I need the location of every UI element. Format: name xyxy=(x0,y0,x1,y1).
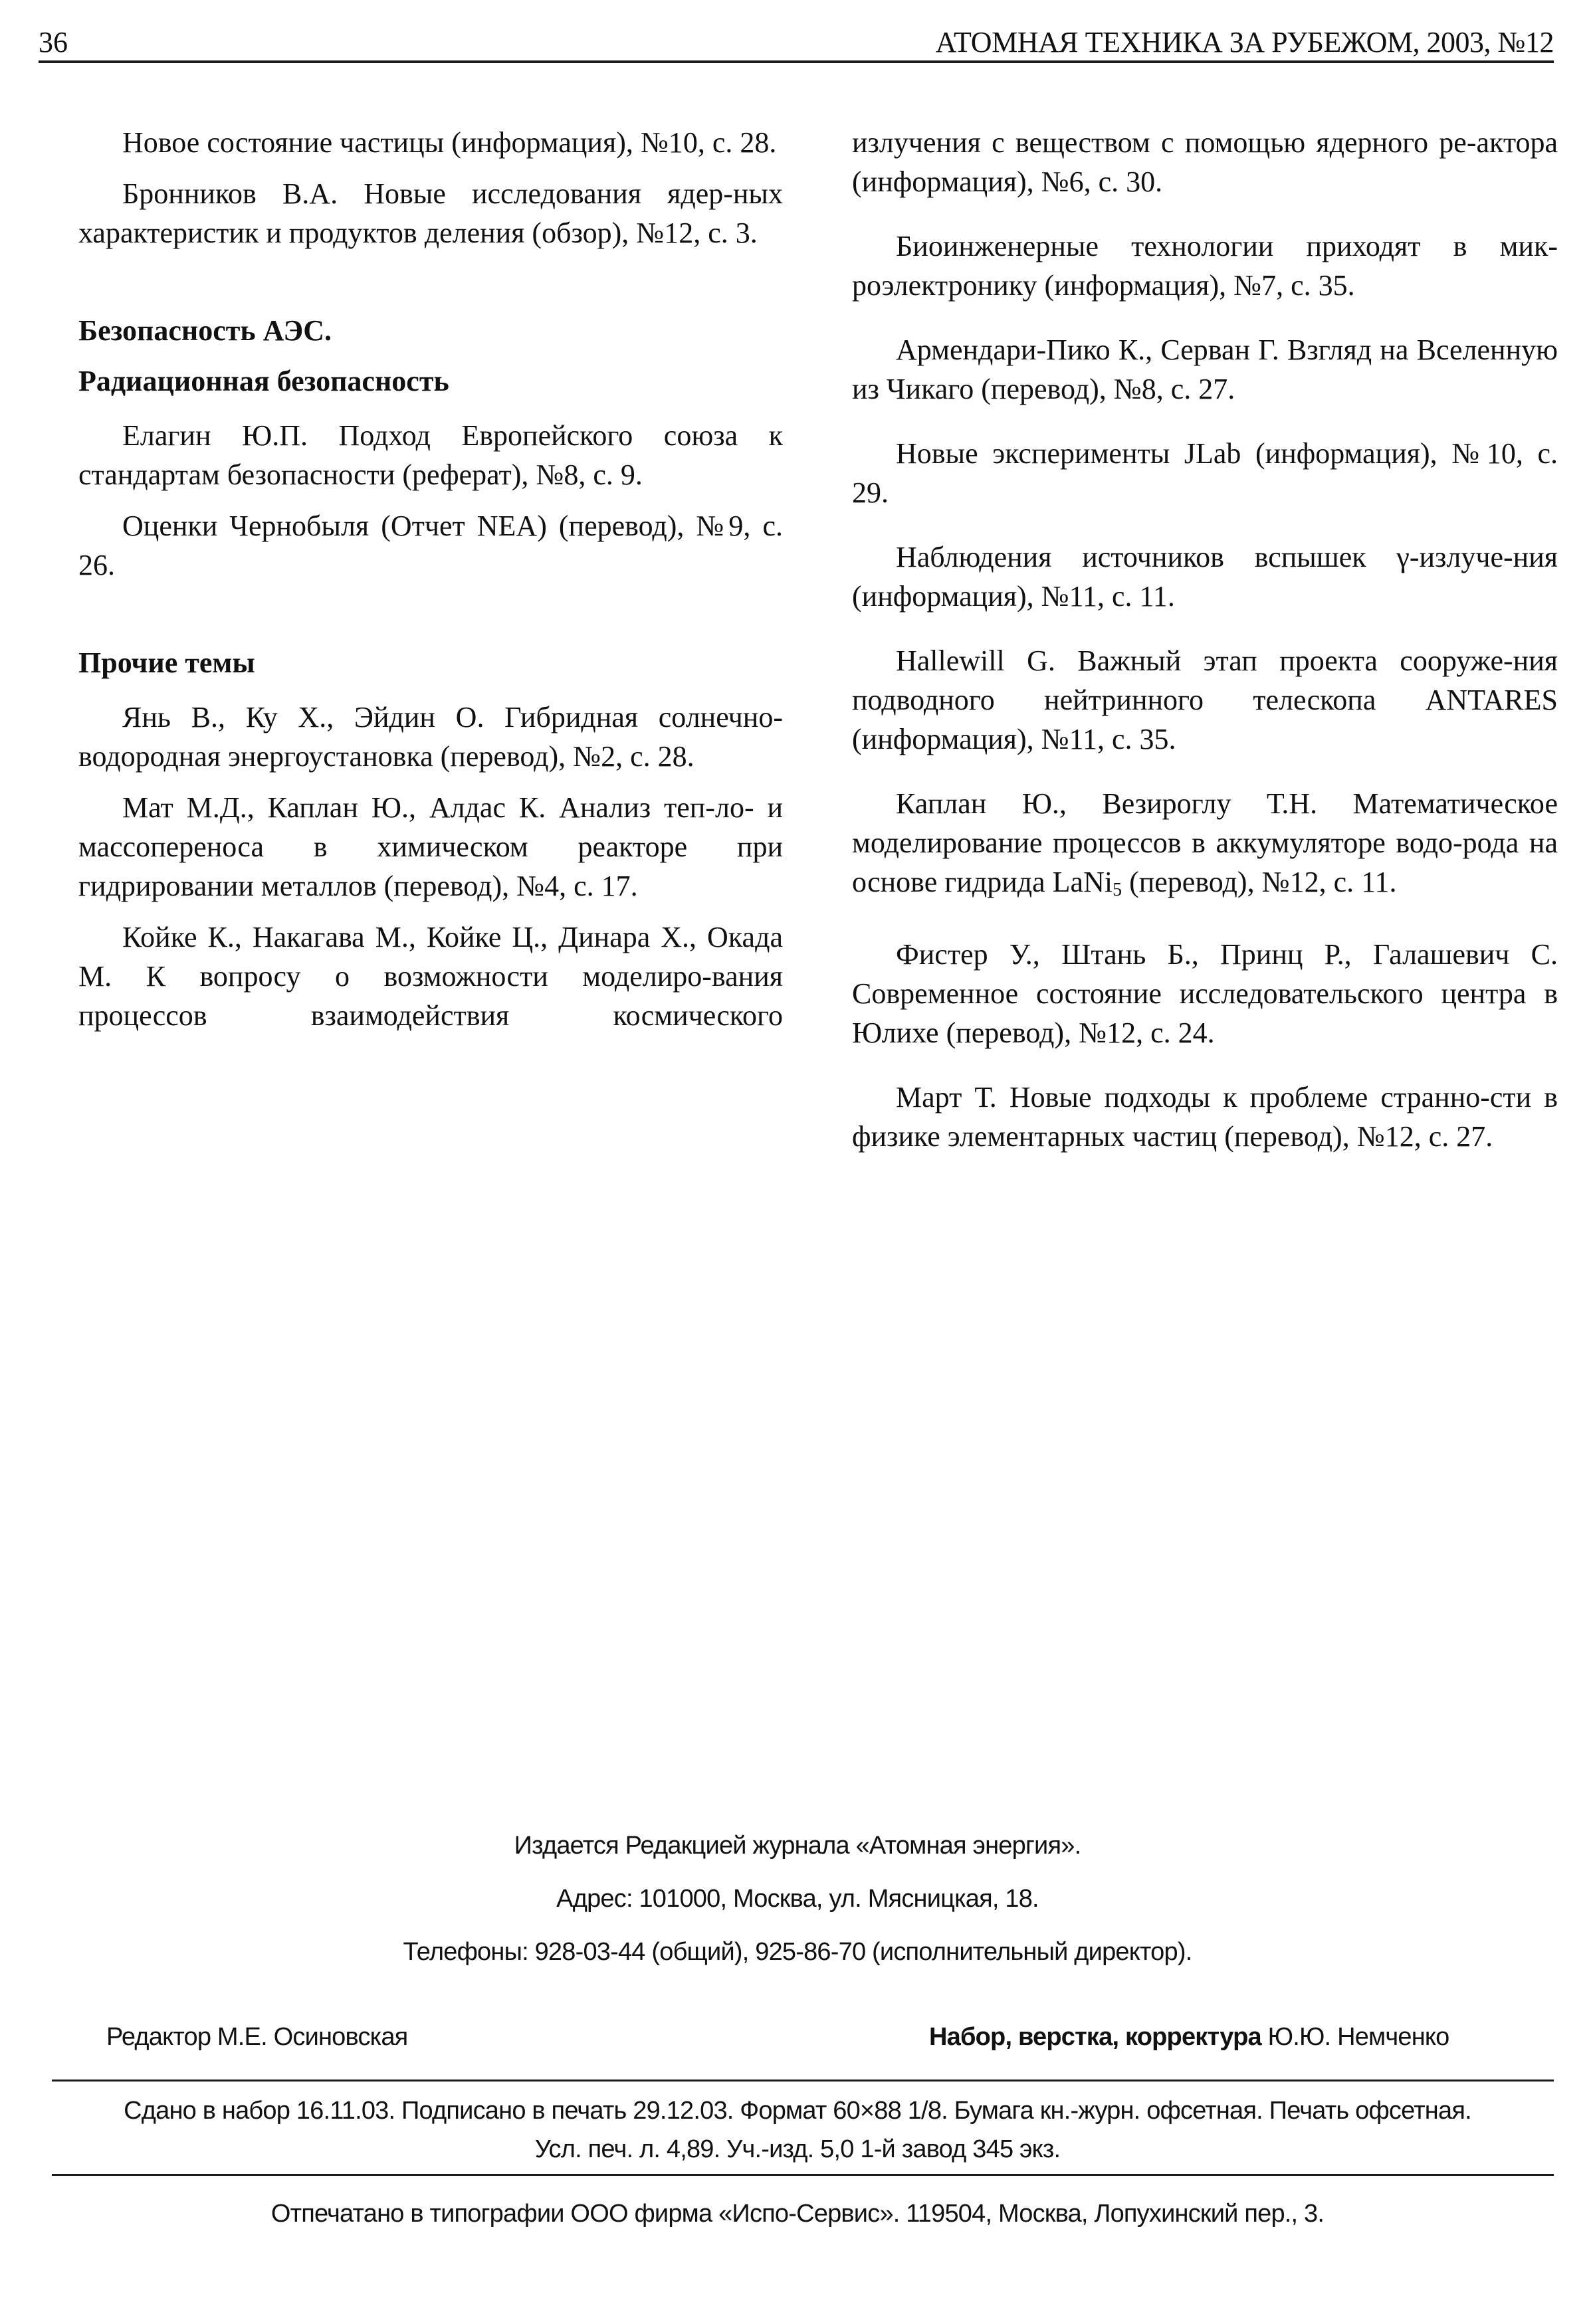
layout-credit: Набор, верстка, корректура Ю.Ю. Немченко xyxy=(929,2017,1449,2057)
layout-credit-label: Набор, верстка, корректура xyxy=(929,2023,1261,2051)
header-rule xyxy=(39,60,1554,63)
print-info: Сдано в набор 16.11.03. Подписано в печа… xyxy=(0,2091,1595,2169)
bib-entry-text: (перевод), №12, с. 11. xyxy=(1122,866,1396,898)
layout-credit-person: Ю.Ю. Немченко xyxy=(1268,2023,1449,2051)
bib-entry: Оценки Чернобыля (Отчет NEA) (перевод), … xyxy=(78,506,783,585)
bib-entry: Армендари-Пико К., Серван Г. Взгляд на В… xyxy=(852,330,1558,409)
bib-entry: Фистер У., Штань Б., Принц Р., Галашевич… xyxy=(852,935,1558,1052)
section-title-other-topics: Прочие темы xyxy=(78,638,783,688)
editor-credit: Редактор М.Е. Осиновская xyxy=(106,2017,407,2057)
bib-entry: Март Т. Новые подходы к проблеме странно… xyxy=(852,1078,1558,1156)
bib-entry: Янь В., Ку Х., Эйдин О. Гибридная солнеч… xyxy=(78,698,783,776)
bib-entry: Бронников В.А. Новые исследования ядер-н… xyxy=(78,174,783,252)
right-column: излучения с веществом с помощью ядерного… xyxy=(852,123,1558,1181)
section-gap xyxy=(78,597,783,638)
divider-rule xyxy=(52,2174,1554,2176)
bib-entry: Елагин Ю.П. Подход Европейского союза к … xyxy=(78,416,783,494)
bib-entry: Наблюдения источников вспышек γ-излуче-н… xyxy=(852,537,1558,616)
print-info-line-2: Усл. печ. л. 4,89. Уч.-изд. 5,0 1-й заво… xyxy=(0,2130,1595,2169)
address-line: Адрес: 101000, Москва, ул. Мясницкая, 18… xyxy=(0,1872,1595,1925)
running-title: АТОМНАЯ ТЕХНИКА ЗА РУБЕЖОМ, 2003, №12 xyxy=(936,23,1554,62)
publisher-line: Издается Редакцией журнала «Атомная энер… xyxy=(0,1819,1595,1872)
bib-entry: Мат М.Д., Каплан Ю., Алдас К. Анализ теп… xyxy=(78,788,783,906)
bib-entry: Биоинженерные технологии приходят в мик-… xyxy=(852,227,1558,305)
divider-rule xyxy=(52,2080,1554,2082)
left-column: Новое состояние частицы (информация), №1… xyxy=(78,123,783,1047)
bib-entry-continuation: излучения с веществом с помощью ядерного… xyxy=(852,123,1558,201)
bib-entry-lani: Каплан Ю., Везироглу Т.Н. Математическое… xyxy=(852,784,1558,910)
section-title-radiation-safety: Радиационная безопасность xyxy=(78,356,783,407)
section-gap xyxy=(78,264,783,306)
section-title-npp-safety: Безопасность АЭС. xyxy=(78,306,783,356)
colophon: Издается Редакцией журнала «Атомная энер… xyxy=(0,1819,1595,1979)
printer-line: Отпечатано в типографии ООО фирма «Испо-… xyxy=(0,2194,1595,2234)
bib-entry: Новое состояние частицы (информация), №1… xyxy=(78,123,783,162)
phones-line: Телефоны: 928-03-44 (общий), 925-86-70 (… xyxy=(0,1925,1595,1979)
bib-entry: Койке К., Накагава М., Койке Ц., Динара … xyxy=(78,918,783,1035)
print-info-line-1: Сдано в набор 16.11.03. Подписано в печа… xyxy=(0,2091,1595,2130)
page-number: 36 xyxy=(39,23,68,62)
bib-entry: Новые эксперименты JLab (информация), №1… xyxy=(852,434,1558,512)
subscript: 5 xyxy=(1113,880,1122,900)
page-header: 36 АТОМНАЯ ТЕХНИКА ЗА РУБЕЖОМ, 2003, №12 xyxy=(39,23,1554,62)
bib-entry: Hallewill G. Важный этап проекта сооруже… xyxy=(852,641,1558,759)
